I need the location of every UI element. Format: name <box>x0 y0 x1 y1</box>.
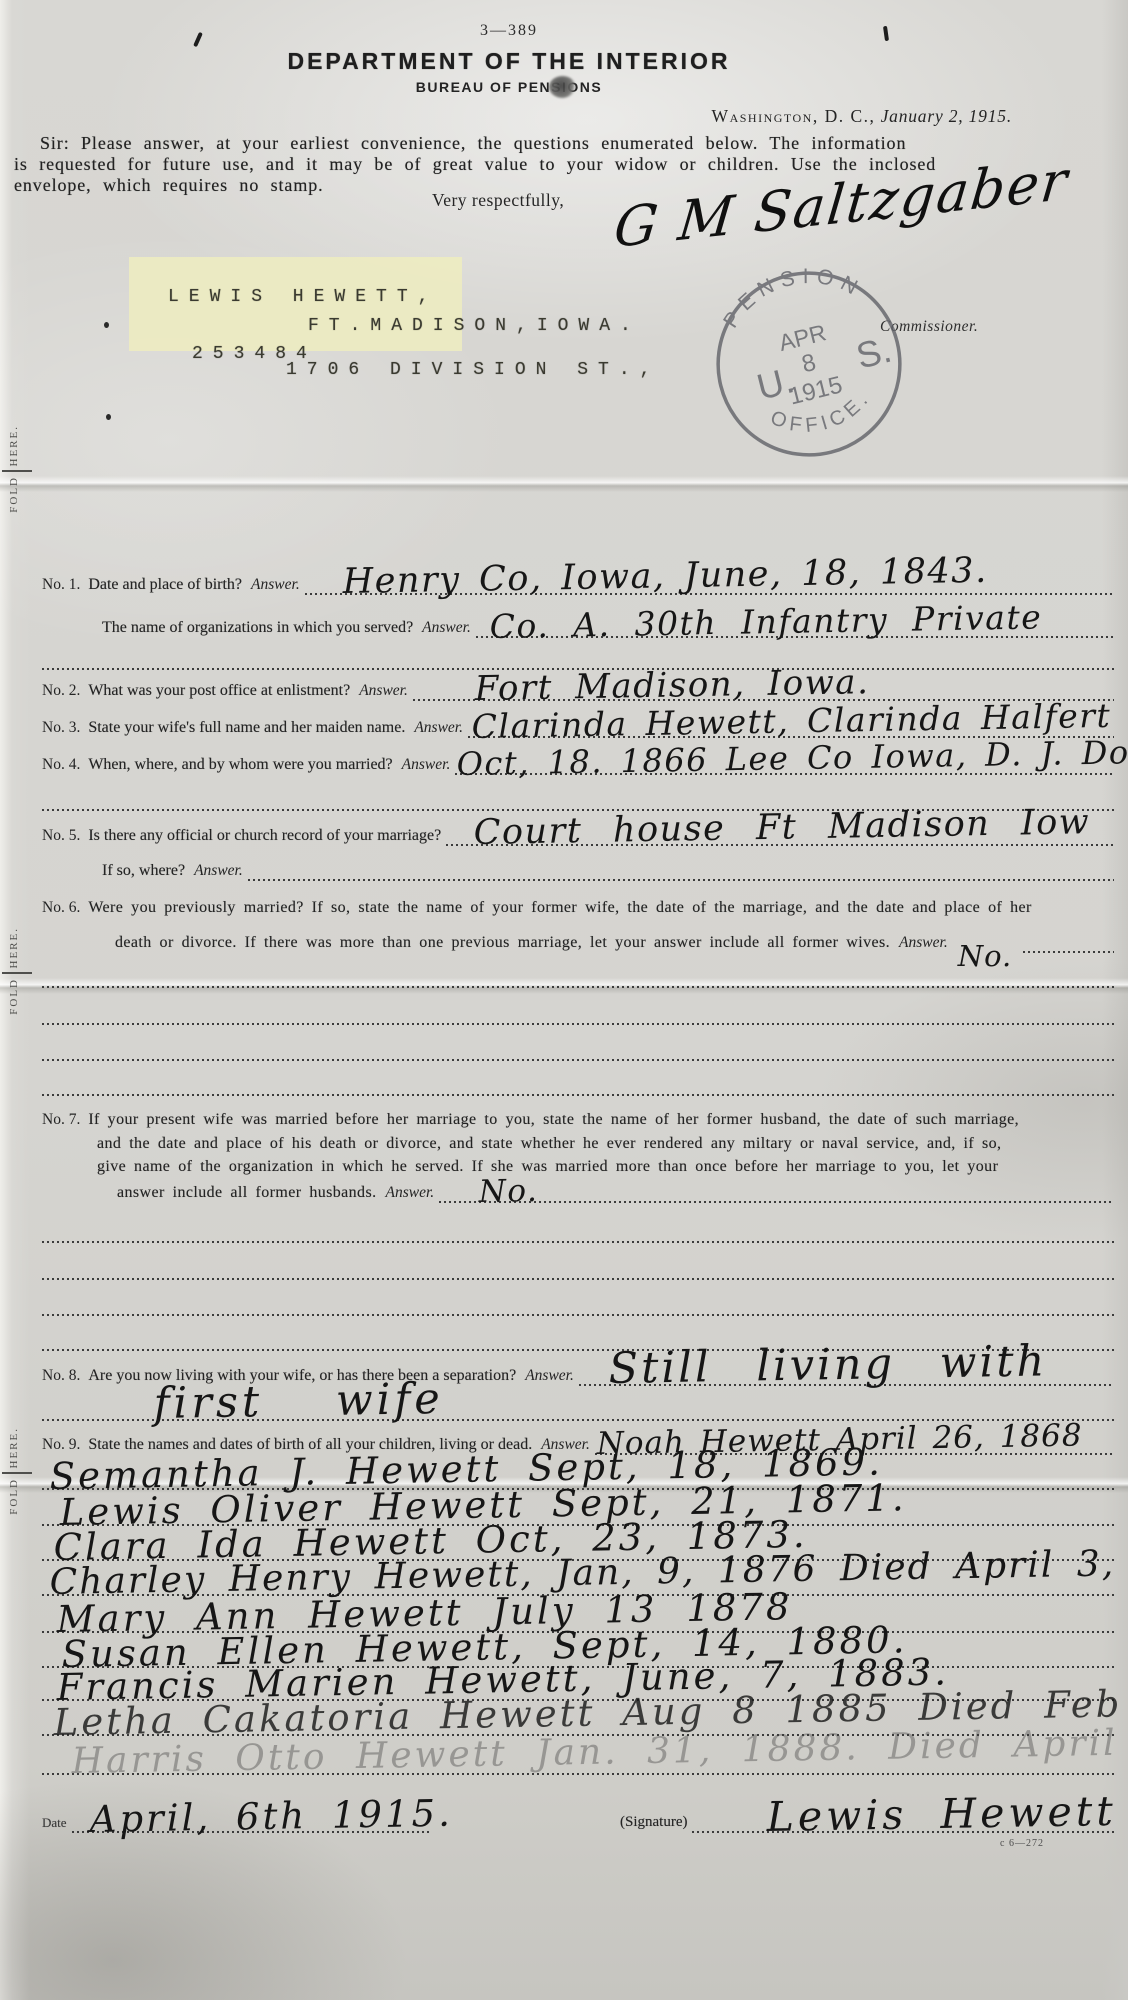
answer-line: Co. A. 30th Infantry Private <box>476 613 1114 638</box>
question-7-continued: and the date and place of his death or d… <box>42 1129 1114 1154</box>
form-print-code: c 6—272 <box>1000 1838 1044 1849</box>
question-5b-row: If so, where? Answer. <box>42 856 1114 881</box>
answer-label: Answer. <box>422 617 471 638</box>
signature-row: (Signature) Lewis Hewett <box>620 1808 1114 1833</box>
question-text: and the date and place of his death or d… <box>97 1133 1001 1154</box>
stamp-year: 1915 <box>786 371 845 410</box>
fold-marker-fold: FOLD <box>8 1478 20 1515</box>
question-text: give name of the organization in which h… <box>97 1156 998 1177</box>
question-number: No. 9. <box>42 1434 80 1455</box>
fold-marker-line <box>2 972 32 974</box>
handwritten-answer: Court house Ft Madison Iow <box>474 805 1091 851</box>
signature-line: Lewis Hewett <box>692 1808 1114 1833</box>
answer-line <box>42 1218 1114 1243</box>
answer-line: Still living with <box>579 1361 1114 1386</box>
answer-line: Court house Ft Madison Iow <box>446 821 1114 846</box>
question-7-answer-row: answer include all former husbands. Answ… <box>42 1178 1114 1203</box>
blank-line <box>42 1218 1114 1243</box>
handwritten-answer: Henry Co, Iowa, June, 18, 1843. <box>342 554 988 600</box>
question-text: Were you previously married? If so, stat… <box>88 897 1031 918</box>
answer-line <box>248 856 1114 881</box>
answer-label: Answer. <box>525 1365 574 1386</box>
question-5-row: No. 5. Is there any official or church r… <box>42 821 1114 846</box>
question-number: No. 8. <box>42 1365 80 1386</box>
signature-label: (Signature) <box>620 1812 687 1833</box>
fold-marker-here: HERE. <box>8 927 20 968</box>
handwritten-answer: No. <box>479 1176 539 1208</box>
date-label: Date <box>42 1812 67 1833</box>
answer-line <box>1023 928 1114 953</box>
question-number: No. 1. <box>42 574 80 595</box>
addressee-city: FT.MADISON,IOWA. <box>308 316 641 336</box>
letter-line-1: Sir: Please answer, at your earliest con… <box>40 133 906 154</box>
question-text: Date and place of birth? <box>88 574 242 595</box>
answer-label: Answer. <box>899 932 948 953</box>
fold-here-marker: HERE. FOLD <box>2 425 32 513</box>
question-number: No. 7. <box>42 1109 80 1130</box>
blank-line <box>42 1036 1114 1061</box>
question-number: No. 5. <box>42 825 80 846</box>
dateline-place: Washington, D. C., <box>712 106 876 126</box>
question-text: When, where, and by whom were you marrie… <box>88 754 392 775</box>
question-number: No. 6. <box>42 897 80 918</box>
question-8-answer-continued: first wife <box>42 1396 1114 1421</box>
answer-line: No. <box>439 1178 1114 1203</box>
fold-marker-fold: FOLD <box>8 476 20 513</box>
pension-office-stamp: PENSION OFFICE. U. S. APR 8 1915 <box>681 236 938 493</box>
fold-crease <box>0 476 1128 492</box>
fold-marker-here: HERE. <box>8 1427 20 1468</box>
handwritten-signature: Lewis Hewett <box>767 1791 1118 1838</box>
question-text: Is there any official or church record o… <box>88 825 441 846</box>
question-text: death or divorce. If there was more than… <box>115 932 890 953</box>
letter-line-2: is requested for future use, and it may … <box>14 154 936 175</box>
blank-line <box>42 963 1114 988</box>
stamp-day: 8 <box>799 349 819 378</box>
fold-here-marker: HERE. FOLD <box>2 927 32 1015</box>
fold-marker-line <box>2 470 32 472</box>
ink-smudge <box>549 76 576 98</box>
date-row: Date April, 6th 1915. <box>42 1808 432 1833</box>
dateline: Washington, D. C., January 2, 1915. <box>712 106 1012 127</box>
answer-line: Harris Otto Hewett Jan. 31, 1888. Died A… <box>42 1750 1114 1775</box>
handwritten-answer: Co. A. 30th Infantry Private <box>489 600 1042 643</box>
answer-label: Answer. <box>251 574 300 595</box>
answer-line: Oct, 18. 1866 Lee Co Iowa, D. J. Dodson <box>455 750 1114 775</box>
closing-phrase: Very respectfully, <box>432 190 564 211</box>
question-2-row: No. 2. What was your post office at enli… <box>42 676 1114 701</box>
question-1-row: No. 1. Date and place of birth? Answer. … <box>42 570 1114 595</box>
question-7-continued: give name of the organization in which h… <box>42 1152 1114 1177</box>
blank-line <box>42 1291 1114 1316</box>
answer-line <box>42 1255 1114 1280</box>
child-row: Harris Otto Hewett Jan. 31, 1888. Died A… <box>42 1750 1114 1775</box>
addressee-street: 1706 DIVISION ST., <box>286 360 660 380</box>
question-text: State your wife's full name and her maid… <box>88 717 405 738</box>
question-text: answer include all former husbands. <box>117 1182 376 1203</box>
question-text: If your present wife was married before … <box>88 1109 1019 1130</box>
fold-here-marker: HERE. FOLD <box>2 1427 32 1515</box>
question-6-row: No. 6. Were you previously married? If s… <box>42 893 1114 918</box>
question-7-row: No. 7. If your present wife was married … <box>42 1105 1114 1130</box>
fold-marker-here: HERE. <box>8 425 20 466</box>
answer-label: Answer. <box>194 860 243 881</box>
form-number: 3—389 <box>0 22 1018 40</box>
stamp-arc-top: PENSION <box>711 249 872 335</box>
question-1b-row: The name of organizations in which you s… <box>42 613 1114 638</box>
answer-line: Henry Co, Iowa, June, 18, 1843. <box>305 570 1114 595</box>
letter-line-3: envelope, which requires no stamp. <box>14 175 324 196</box>
answer-line: first wife <box>42 1396 1114 1421</box>
answer-line <box>42 1000 1114 1025</box>
blank-line <box>42 1255 1114 1280</box>
bureau-title: BUREAU OF PENSIONS <box>0 79 1018 95</box>
handwritten-answer: Fort Madison, Iowa. <box>474 665 869 706</box>
answer-line <box>42 1291 1114 1316</box>
question-number: No. 3. <box>42 717 80 738</box>
department-title: DEPARTMENT OF THE INTERIOR <box>0 48 1018 75</box>
addressee-name: LEWIS HEWETT, <box>168 287 438 307</box>
question-text: What was your post office at enlistment? <box>88 680 350 701</box>
question-text: The name of organizations in which you s… <box>102 617 413 638</box>
answer-label: Answer. <box>414 717 463 738</box>
question-number: No. 2. <box>42 680 80 701</box>
pension-questionnaire-document: 3—389 DEPARTMENT OF THE INTERIOR BUREAU … <box>0 0 1128 2000</box>
answer-label: Answer. <box>385 1182 434 1203</box>
answer-line <box>42 1036 1114 1061</box>
question-text: If so, where? <box>102 860 185 881</box>
dateline-date: January 2, 1915. <box>881 106 1012 126</box>
ink-dot <box>104 322 109 328</box>
question-number: No. 4. <box>42 754 80 775</box>
answer-line <box>42 963 1114 988</box>
handwritten-answer: first wife <box>153 1378 444 1426</box>
blank-line <box>42 1071 1114 1096</box>
question-6-continued: death or divorce. If there was more than… <box>42 928 1114 953</box>
handwritten-answer: Still living with <box>608 1340 1047 1391</box>
blank-line <box>42 1000 1114 1025</box>
fold-marker-line <box>2 1472 32 1474</box>
answer-line <box>42 1071 1114 1096</box>
stamp-letter-s: S. <box>852 329 895 377</box>
answer-label: Answer. <box>359 680 408 701</box>
fold-marker-fold: FOLD <box>8 978 20 1015</box>
date-line: April, 6th 1915. <box>72 1808 432 1833</box>
ink-dot <box>106 414 111 420</box>
question-3-row: No. 3. State your wife's full name and h… <box>42 713 1114 738</box>
answer-label: Answer. <box>402 754 451 775</box>
question-4-row: No. 4. When, where, and by whom were you… <box>42 750 1114 775</box>
handwritten-date: April, 6th 1915. <box>89 1795 453 1838</box>
